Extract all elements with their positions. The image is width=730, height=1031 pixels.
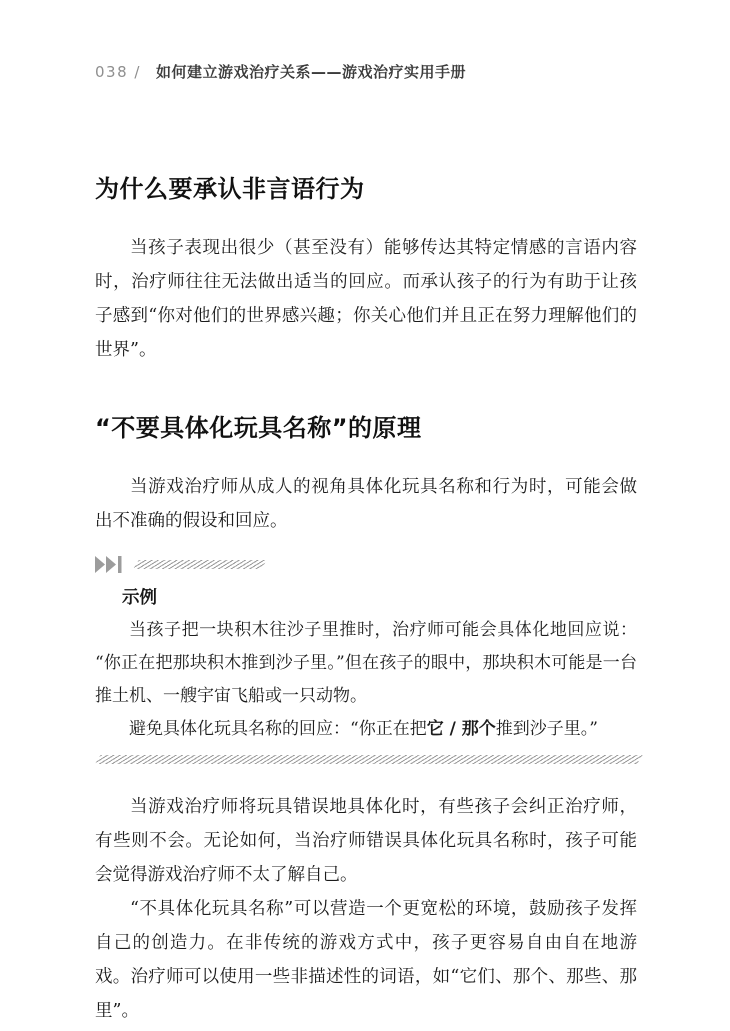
- example-response-line: 避免具体化玩具名称的回应：“你正在把它 / 那个推到沙子里。”: [95, 713, 637, 746]
- book-page: 038 / 如何建立游戏治疗关系——游戏治疗实用手册 为什么要承认非言语行为 当…: [0, 0, 730, 1031]
- section-heading-nonverbal: 为什么要承认非言语行为: [95, 174, 637, 204]
- running-head-title: 如何建立游戏治疗关系——游戏治疗实用手册: [156, 62, 466, 82]
- page-number: 038 /: [95, 62, 141, 82]
- paragraph-closing-1: 当游戏治疗师将玩具错误地具体化时，有些孩子会纠正治疗师，有些则不会。无论如何，当…: [95, 790, 637, 892]
- section-heading-principle: “不要具体化玩具名称”的原理: [95, 413, 637, 443]
- example-response-bold: 它 / 那个: [427, 719, 496, 739]
- example-marker-row: [95, 554, 637, 574]
- running-head: 038 / 如何建立游戏治疗关系——游戏治疗实用手册: [95, 62, 637, 82]
- hatch-divider: [95, 755, 643, 764]
- example-label: 示例: [95, 584, 637, 609]
- example-block: 示例 当孩子把一块积木往沙子里推时，治疗师可能会具体化地回应说：“你正在把那块积…: [95, 554, 637, 764]
- hatch-strip-short: [133, 560, 267, 569]
- paragraph-closing-2: “不具体化玩具名称”可以营造一个更宽松的环境，鼓励孩子发挥自己的创造力。在非传统…: [95, 892, 637, 1028]
- paragraph-principle: 当游戏治疗师从成人的视角具体化玩具名称和行为时，可能会做出不准确的假设和回应。: [95, 470, 637, 538]
- skip-forward-icon: [95, 556, 122, 573]
- paragraph-nonverbal: 当孩子表现出很少（甚至没有）能够传达其特定情感的言语内容时，治疗师往往无法做出适…: [95, 231, 637, 367]
- example-response-prefix: 避免具体化玩具名称的回应：“你正在把: [129, 719, 427, 739]
- example-paragraph: 当孩子把一块积木往沙子里推时，治疗师可能会具体化地回应说：“你正在把那块积木推到…: [95, 614, 637, 713]
- example-response-suffix: 推到沙子里。”: [496, 719, 598, 739]
